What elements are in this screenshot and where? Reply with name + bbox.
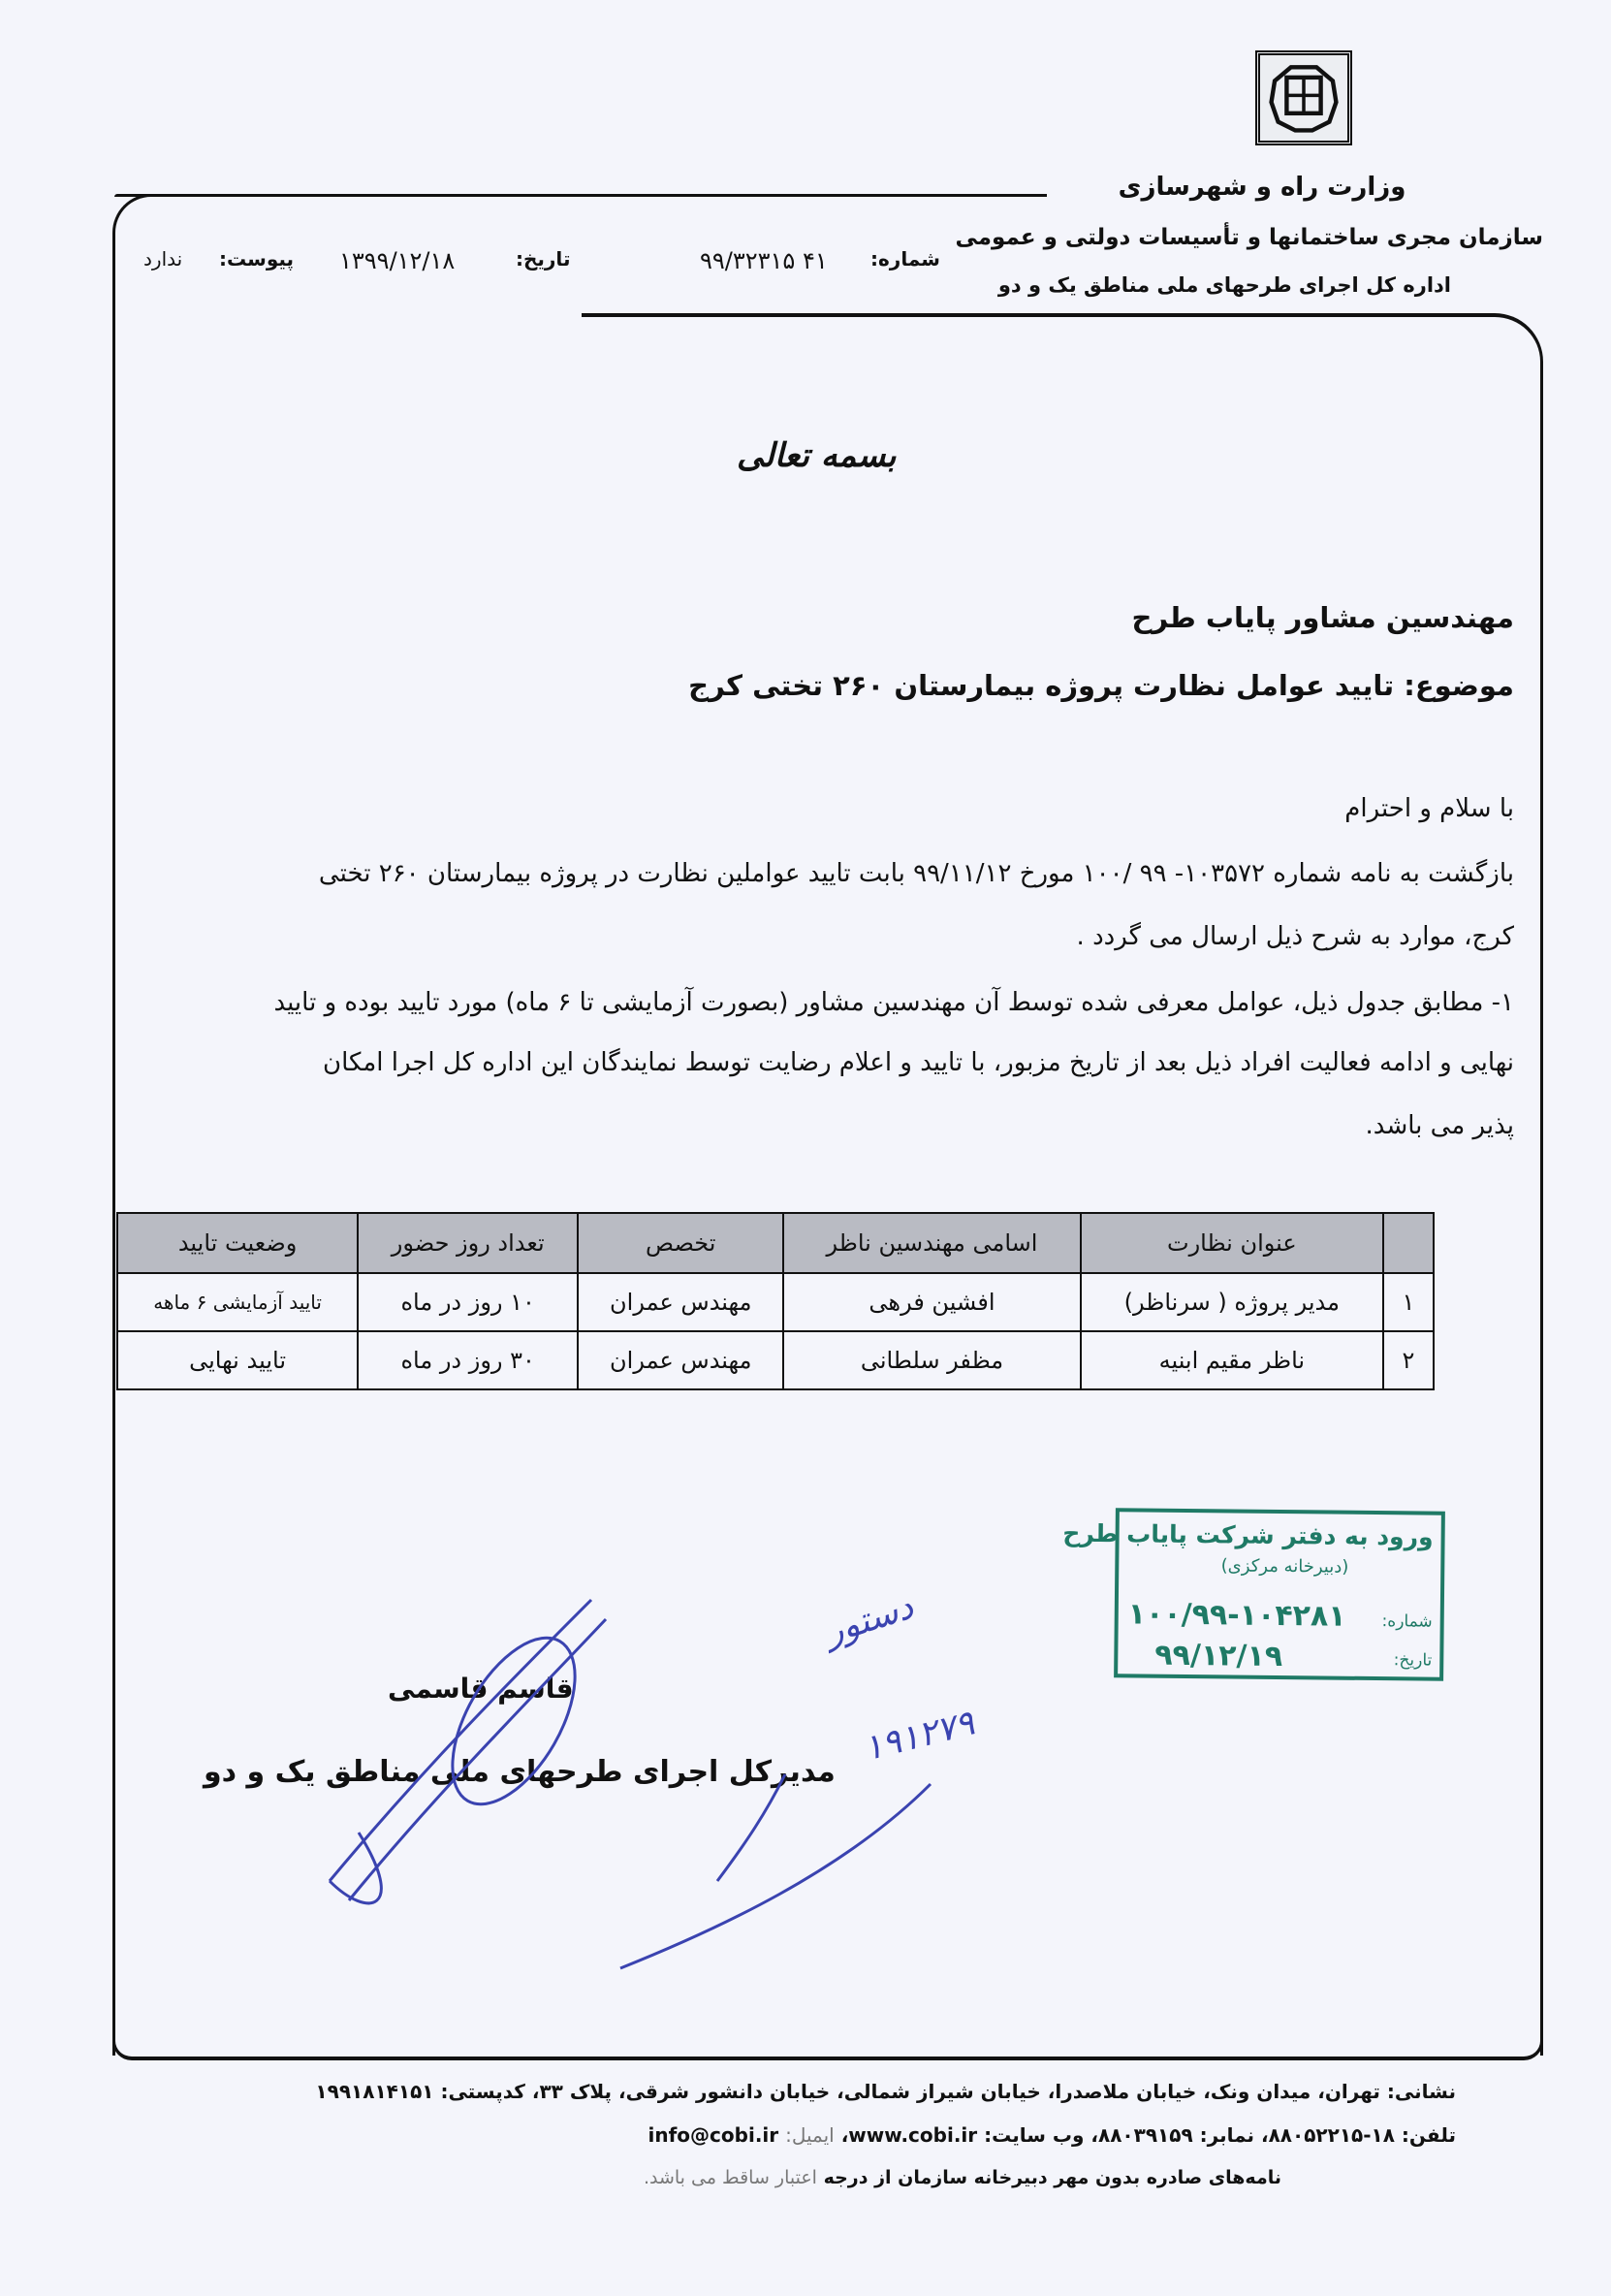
table-row: ۱ مدیر پروژه ( سرناظر) افشین فرهی مهندس … [117,1273,1434,1331]
basmala: بسمه تعالی [737,436,896,475]
paragraph-text: بازگشت به نامه شماره ۱۰۳۵۷۲- ۹۹ /۱۰۰ مور… [99,858,1514,891]
column-header-specialty: تخصص [578,1213,783,1273]
column-header-names: اسامی مهندسین ناظر [783,1213,1080,1273]
ministry-name: وزارت راه و شهرسازی [1068,173,1456,202]
column-header-days: تعداد روز حضور [358,1213,578,1273]
greeting: با سلام و احترام [99,793,1514,826]
footer-notice-light: اعتبار ساقط می باشد. [644,2167,817,2188]
recipient: مهندسین مشاور پایاب طرح [1132,601,1514,634]
footer-phone: تلفن: ۱۸-۸۸۰۵۲۲۱۵، نمابر: ۸۸۰۳۹۱۵۹، وب س… [841,2123,1456,2147]
letter-number-label: شماره: [870,247,940,271]
attachment-value: ندارد [143,247,182,271]
cell-title: ناظر مقیم ابنیه [1081,1331,1383,1389]
footer-address: نشانی: تهران، میدان ونک، خیابان ملاصدرا،… [315,2080,1456,2103]
frame-border [112,320,115,2056]
table-row: ۲ ناظر مقیم ابنیه مظفر سلطانی مهندس عمرا… [117,1331,1434,1389]
column-header-index [1383,1213,1434,1273]
stamp-number: ۱۰۰/۹۹-۱۰۴۲۸۱ [1128,1597,1346,1633]
cell-status: تایید آزمایشی ۶ ماهه [117,1273,358,1331]
stamp-number-label: شماره: [1382,1611,1433,1632]
letter-number: ۹۹/۳۲۳۱۵ ۴۱ [700,247,828,274]
header-divider [114,194,1047,197]
footer-email: info@cobi.ir [648,2123,779,2147]
letter-date: ۱۳۹۹/۱۲/۱۸ [339,247,455,274]
subject-line: موضوع: تایید عوامل نظارت پروژه بیمارستان… [688,669,1514,702]
stamp-date: ۹۹/۱۲/۱۹ [1154,1639,1282,1674]
frame-corner [1216,313,1543,371]
cell-specialty: مهندس عمران [578,1273,783,1331]
frame-border [1540,364,1543,2056]
stamp-title: ورود به دفتر شرکت پایاب طرح [1062,1519,1434,1551]
footer-notice: نامه‌های صادره بدون مهر دبیرخانه سازمان … [644,2167,1281,2188]
cell-name: مظفر سلطانی [783,1331,1080,1389]
cell-specialty: مهندس عمران [578,1331,783,1389]
department-name: اداره کل اجرای طرحهای ملی مناطق یک و دو [998,273,1451,297]
handwritten-number: ۱۹۱۲۷۹ [860,1704,978,1770]
cell-index: ۲ [1383,1331,1434,1389]
table-header-row: عنوان نظارت اسامی مهندسین ناظر تخصص تعدا… [117,1213,1434,1273]
ministry-logo-icon [1255,50,1352,145]
signatory-name: قاسم قاسمی [388,1673,574,1705]
stamp-subtitle: (دبیرخانه مرکزی) [1221,1555,1349,1577]
handwritten-note: دستور [820,1587,918,1653]
header-divider-lower [582,313,1221,317]
cell-index: ۱ [1383,1273,1434,1331]
footer-contacts: تلفن: ۱۸-۸۸۰۵۲۲۱۵، نمابر: ۸۸۰۳۹۱۵۹، وب س… [648,2123,1456,2147]
column-header-status: وضعیت تایید [117,1213,358,1273]
paragraph-text: پذیر می باشد. [99,1110,1514,1143]
letter-date-label: تاریخ: [516,247,570,271]
supervisors-table: عنوان نظارت اسامی مهندسین ناظر تخصص تعدا… [116,1212,1435,1390]
attachment-label: پیوست: [219,247,294,271]
received-stamp: ورود به دفتر شرکت پایاب طرح (دبیرخانه مر… [1114,1508,1445,1681]
stamp-date-label: تاریخ: [1394,1650,1433,1670]
paragraph-text: ۱- مطابق جدول ذیل، عوامل معرفی شده توسط … [99,987,1514,1020]
cell-days: ۱۰ روز در ماه [358,1273,578,1331]
footer-email-label: ایمیل: [785,2123,835,2147]
cell-status: تایید نهایی [117,1331,358,1389]
cell-days: ۳۰ روز در ماه [358,1331,578,1389]
paragraph-text: کرج، موارد به شرح ذیل ارسال می گردد . [99,921,1514,954]
paragraph-text: نهایی و ادامه فعالیت افراد ذیل بعد از تا… [99,1047,1514,1080]
cell-name: افشین فرهی [783,1273,1080,1331]
footer-notice-bold: نامه‌های صادره بدون مهر دبیرخانه سازمان … [824,2167,1281,2188]
organization-name: سازمان مجری ساختمانها و تأسیسات دولتی و … [956,225,1543,250]
cell-title: مدیر پروژه ( سرناظر) [1081,1273,1383,1331]
handwritten-stroke-icon [601,1765,950,1978]
frame-border [112,2022,1543,2060]
column-header-title: عنوان نظارت [1081,1213,1383,1273]
